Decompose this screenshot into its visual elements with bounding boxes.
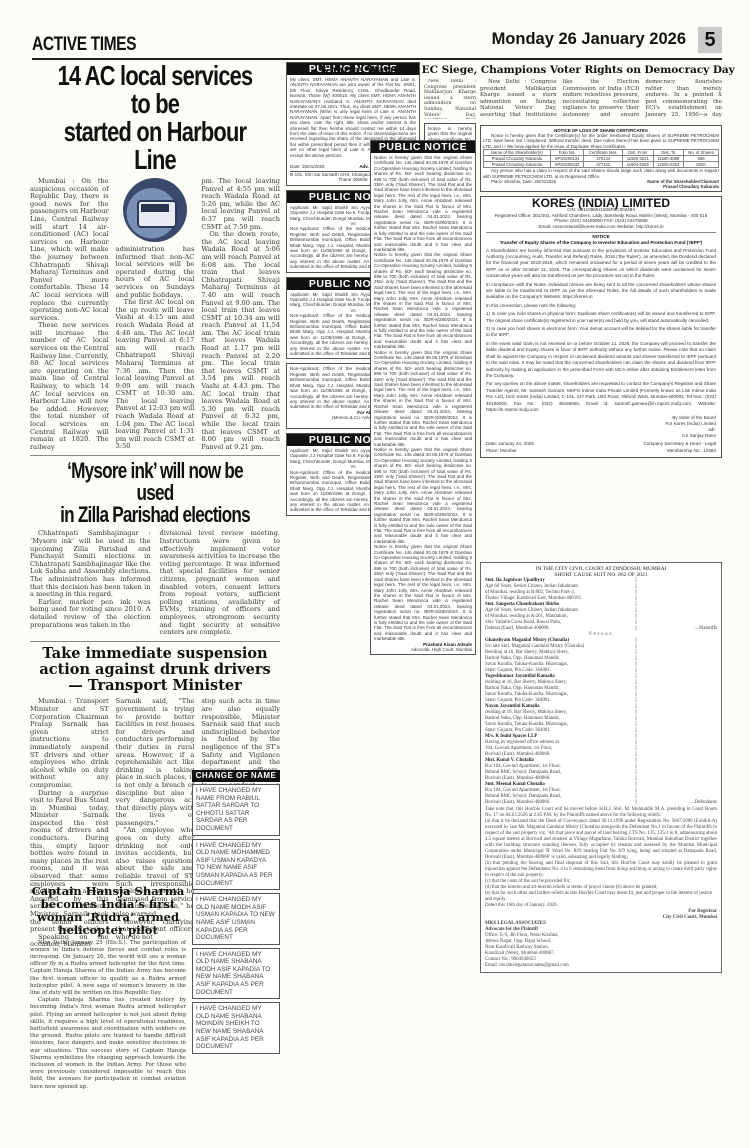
party-address: Rathod Naka, Opp. Hanuman Mandir, (485, 716, 560, 721)
party-address: of Mumbai, residing at A/201, Mandakini, (485, 614, 568, 619)
party-address: R/o 104, Govind Apartment, 1st Floor, (485, 764, 561, 769)
party-address: Rathod Naka, Opp. Hanuman Mandir, (485, 656, 560, 661)
change-of-name-title: CHANGE OF NAME (192, 770, 280, 782)
headline: 14 AC local services to be (58, 62, 253, 118)
cell: Prasad Choudary Kakarala (484, 156, 551, 162)
notice-text: Notice is hereby given that the original… (374, 544, 472, 641)
divider (30, 641, 280, 642)
notice-text: Notice is hereby given that the original… (374, 447, 472, 544)
designation: Company Secretary & Head - Legal (643, 441, 716, 447)
plaintiff: Smt. Ila Jagniwas Upadhyay Age 60 Years,… (485, 578, 717, 602)
divider (30, 455, 280, 456)
headline: in Zilla Parishad elections (58, 504, 253, 526)
notice-text: For any queries on the above matter, sha… (486, 381, 716, 413)
change-of-name-entry: I HAVE CHANGED MY OLD NAME SHABANA MOIND… (192, 1002, 280, 1054)
headline: Captain Hansja Sharma (30, 885, 186, 898)
party-name: Shri. Kunal V. Chotalia (485, 758, 534, 763)
signatory: CS Sanjay Rane (486, 433, 716, 439)
party-address: Behind BMC School, Dattapada Road, (485, 770, 561, 775)
headline: Take immediate suspension (30, 646, 280, 662)
train-photo (123, 178, 187, 242)
party-address: residing at 16, Bar Sherry, Makhya Shery… (485, 710, 567, 715)
party-address: State: Gujarat, Pin Code: 364001. (485, 728, 551, 733)
party-address: Age 60 Years, Senior Citizen, Indian Inh… (485, 584, 578, 589)
party-address: Savar Kundla, Taluka-Kundla, Bhavnagar, (485, 692, 568, 697)
advocate-role: Advocate, High Court, Mumbai (374, 647, 472, 652)
notice-place: Place: Mumbai (486, 448, 516, 454)
notice-title: PUBLIC NOTICE (371, 141, 475, 153)
change-of-name-entry: I HAVE CHANGED MY NAME FROM RABIUL SATTA… (192, 784, 280, 836)
defendant: Shri. Kunal V. Chotalia R/o 104, Govind … (485, 758, 717, 782)
article-mysore-ink: ‘Mysore ink’ will now be used in Zilla P… (30, 460, 280, 636)
divider (30, 880, 186, 881)
party-address: Savar Kundla, Taluka-Kundla, Bhavnagar, (485, 722, 568, 727)
article-text: divisional level review meeting. Instruc… (160, 530, 281, 636)
change-of-name-section: CHANGE OF NAME I HAVE CHANGED MY NAME FR… (192, 770, 280, 1057)
cell: 11604-5255 (623, 162, 654, 168)
defendant: Smt. Meenal Kunal Chotalia R/o 104, Govi… (485, 782, 717, 806)
party-address: Dahisar (East), Mumbai-400068. (485, 626, 550, 631)
cell: SPS0200432 (550, 162, 584, 168)
notice-text: In the event valid claim is not received… (486, 341, 716, 379)
change-of-name-entry: I HAVE CHANGED MY OLD NAME MOHAMMED ASIF… (192, 839, 280, 891)
defendants-label: ....Defendants (645, 800, 717, 806)
issue-date: Monday 26 January 2026 (492, 30, 686, 49)
party-address: residing at 16, Bar Sherry, Makhya Shery… (485, 680, 567, 685)
kharge-headline: Kharge Warns of EC Siege, Champions Vote… (320, 64, 724, 76)
party-name: Smt. Meenal Kunal Chotalia (485, 782, 545, 787)
public-notice-large: PUBLIC NOTICE Notice is hereby given tha… (370, 140, 476, 655)
article-text: New Delhi : Congress president Mallikarj… (480, 79, 722, 121)
column-header: Name of the Shareholder(s) (484, 149, 551, 155)
article-text: New Delhi, January 25 (His.S.). The part… (30, 940, 186, 998)
party-name: Ghanshyam Maganlal Mistry (Chotalia) (485, 638, 569, 643)
advocate-name: Prashant Kisan Adsule (423, 642, 472, 647)
middle-public-notice: PUBLIC NOTICE Notice is hereby given tha… (370, 140, 476, 659)
notice-date: Date: January 24, 2026 (486, 441, 534, 447)
plaintiffs-label: ....Plaintiffs (645, 626, 717, 632)
table-row: Prasad Choudary Kakarala SPS0200432 3774… (484, 162, 719, 168)
relief-item: (b) that pending the hearing and final d… (485, 861, 717, 879)
cell: 5000 (684, 162, 719, 168)
party-address: R/o 104, Govind Apartment, 1st Floor, (485, 788, 561, 793)
kharge-text-lead: New Delhi : Congress president Mallikarj… (424, 79, 476, 119)
article-text: Mumbai : On the auspicious occasion of R… (30, 178, 109, 322)
headline: woman ‘Rudra’ armed (30, 911, 186, 924)
party-address: Savar Kundla, Taluka-Kundla, Bhavnagar, (485, 662, 568, 667)
article-text: pm. The local leaving Panvel at 4:55 pm … (201, 178, 280, 231)
party-address: Having its registered office address at (485, 740, 559, 745)
party-address: Residing at 16, Bar Sherry, Makhya Shery… (485, 650, 569, 655)
relief-item: (a) that it be declared that the Deed of… (485, 819, 717, 861)
article-text: Chhatrapati Sambhajinagar : ‘Mysore ink’… (30, 530, 151, 598)
notice-text: Notice is hereby given that the Certific… (483, 133, 719, 149)
column-header: Certificate Nos. (584, 149, 623, 155)
article-text: Captain Hansja Sharma has created histor… (30, 997, 186, 1091)
notice-text: 1) In case you hold shares in physical f… (486, 311, 716, 324)
notice-text: In this connection, please note the foll… (486, 303, 716, 309)
notice-text: In compliance with the Rules, individual… (486, 282, 716, 301)
cell: 11560-4088 (653, 156, 684, 162)
party-address: Borivali (East), Mumbai-400066. (485, 800, 550, 805)
party-address: 104, Govind Apartment, 1st Floor, (485, 746, 552, 751)
party-address: Thakur Village, Kandivali East, Mumbai-4… (485, 596, 582, 601)
notice-text: Notice is hereby given that the original… (374, 350, 472, 447)
notice-heading: NOTICE (486, 232, 716, 240)
column-header: No. of Shares (684, 149, 719, 155)
party-address: of Mumbai, residing at B/802, Techno Par… (485, 590, 575, 595)
court-body: Take note that, this Hon'ble Court will … (485, 807, 717, 819)
headline: becomes India’s first (30, 898, 186, 911)
cell: SPS0200134 (550, 156, 584, 162)
article-text: On the down route, the AC local leaving … (201, 231, 280, 451)
change-of-name-entry: I HAVE CHANGED MY OLD NAME SHABANA MODH … (192, 948, 280, 1000)
holder-name: Prasad Choudary Kakarala (663, 184, 719, 189)
party-address: Rathod Naka, Opp. Hanuman Mandir, (485, 686, 560, 691)
headline: ‘Mysore ink’ will now be used (58, 460, 253, 504)
change-of-name-entry: I HAVE CHANGED MY OLD NAME MODH ASIF USM… (192, 893, 280, 945)
article-text: Earlier, marker pen ink was being used f… (30, 599, 151, 629)
article-text: These new services will increase the num… (30, 322, 109, 451)
defendant: Ghanshyam Maganlal Mistry (Chotalia) S/o… (485, 638, 717, 674)
place-date: Place: Mumbai, Date: 26/01/2026 (483, 179, 556, 184)
party-address: Shiv Vallabh Cross Road, Rawal Pada, (485, 620, 561, 625)
newspaper-name: ACTIVE TIMES (32, 34, 136, 56)
headline: helicopter pilot (30, 924, 186, 937)
cell: Prasad Choudary Kakarala (484, 162, 551, 168)
party-name: Nayan Jayantilal Kamalia (485, 704, 540, 709)
kharge-article: New Delhi : Congress president Mallikarj… (480, 79, 722, 458)
article-text: New Delhi : Congress president Mallikarj… (424, 79, 476, 119)
registrar-court: City Civil Court, Mumbai (663, 915, 717, 920)
registrar: For Registrar (688, 909, 717, 914)
party-name: Smt. Ila Jagniwas Upadhyay (485, 578, 545, 583)
advocate-email[interactable]: Email: ms.mkslegalassociates@gmail.com (485, 963, 717, 969)
headline: started on Harbour Line (58, 118, 253, 174)
notice-text: Notice is hereby given that the original… (374, 252, 472, 349)
relief-item: (e) that for such other and further reli… (485, 891, 717, 903)
party-address: Behind BMC School, Dattapada Road, (485, 794, 561, 799)
loss-of-share-notice: NOTICE OF LOSS OF SHARE CERTIFICATES Not… (480, 125, 722, 192)
party-address: Borivali (East), Mumbai-400066. (485, 752, 550, 757)
company-contact[interactable]: Email: cosecretarial@kores-india.com Web… (486, 224, 716, 230)
notice-text: Any person who has a claim in respect of… (483, 168, 719, 178)
company-name: KORES (INDIA) LIMITED (486, 200, 716, 207)
court-notice: IN THE CITY CIVIL COURT AT DINDOSHI, MUM… (480, 562, 722, 973)
article-text: administration has informed that non-AC … (116, 246, 195, 299)
headline: action against drunk drivers (30, 662, 280, 678)
notice-subheading: Transfer of Equity Shares of the Company… (486, 240, 716, 246)
party-address: Age 60 Years, Senior Citizen, Indian Inh… (485, 608, 578, 613)
notice-text: 2) In case you hold shares in electronic… (486, 326, 716, 339)
notice-text: A Shareholders are hereby informed that … (486, 248, 716, 280)
membership-number: Membership No.: 12684 (667, 448, 716, 454)
party-name: M/s. K build Spaces LLP (485, 734, 537, 739)
advocate-role: Advocate for the Plaintiff (485, 927, 538, 932)
masthead: ACTIVE TIMES Monday 26 January 2026 5 (32, 30, 722, 58)
article-text: Sarnaik said, "The government is trying … (116, 698, 195, 827)
notice-text: Notice is hereby given that the original… (374, 155, 472, 252)
page-number-badge: 5 (698, 27, 722, 53)
notice-date: Date: 26/01/2026 (290, 164, 325, 169)
plaintiff: Smt. Sangeeta Chandrakant Shirke Age 60 … (485, 602, 717, 632)
advocate-firm: MKS LEGAL ASSOCIATES (485, 921, 546, 926)
party-name: Yogeshkumar Jayantilal Kamalia (485, 674, 555, 679)
cell: 11560-3221 (623, 156, 654, 162)
defendant: M/s. K build Spaces LLP Having its regis… (485, 734, 717, 758)
party-address: S/o late Shri. Maganlal Gandalal Mistry … (485, 644, 584, 649)
headline: — Transport Minister (30, 678, 280, 694)
article-text: Mumbai : Transport Minister and ST Corpo… (30, 698, 109, 789)
party-address: Borivali (East), Mumbai-400066. (485, 776, 550, 781)
share-table: Name of the Shareholder(s) Folio No. Cer… (483, 149, 719, 169)
article-text: The first AC local on the up route will … (116, 299, 195, 451)
party-address: State: Gujarat, Pin Code: 364001. (485, 698, 551, 703)
party-address: State: Gujarat, Pin Code: 364001. (485, 668, 551, 673)
defendant: Yogeshkumar Jayantilal Kamalia residing … (485, 674, 717, 704)
defendant: Nayan Jayantilal Kamalia residing at 16,… (485, 704, 717, 734)
cell: 377432 (584, 162, 623, 168)
party-name: Smt. Sangeeta Chandrakant Shirke (485, 602, 559, 607)
article-captain: Captain Hansja Sharma becomes India’s fi… (30, 876, 186, 1091)
kores-notice: KORES (INDIA) LIMITED CIN: U21109MH1936P… (480, 196, 722, 458)
article-ac-local: 14 AC local services to be started on Ha… (30, 62, 280, 451)
cell: 11605-0254 (653, 162, 684, 168)
